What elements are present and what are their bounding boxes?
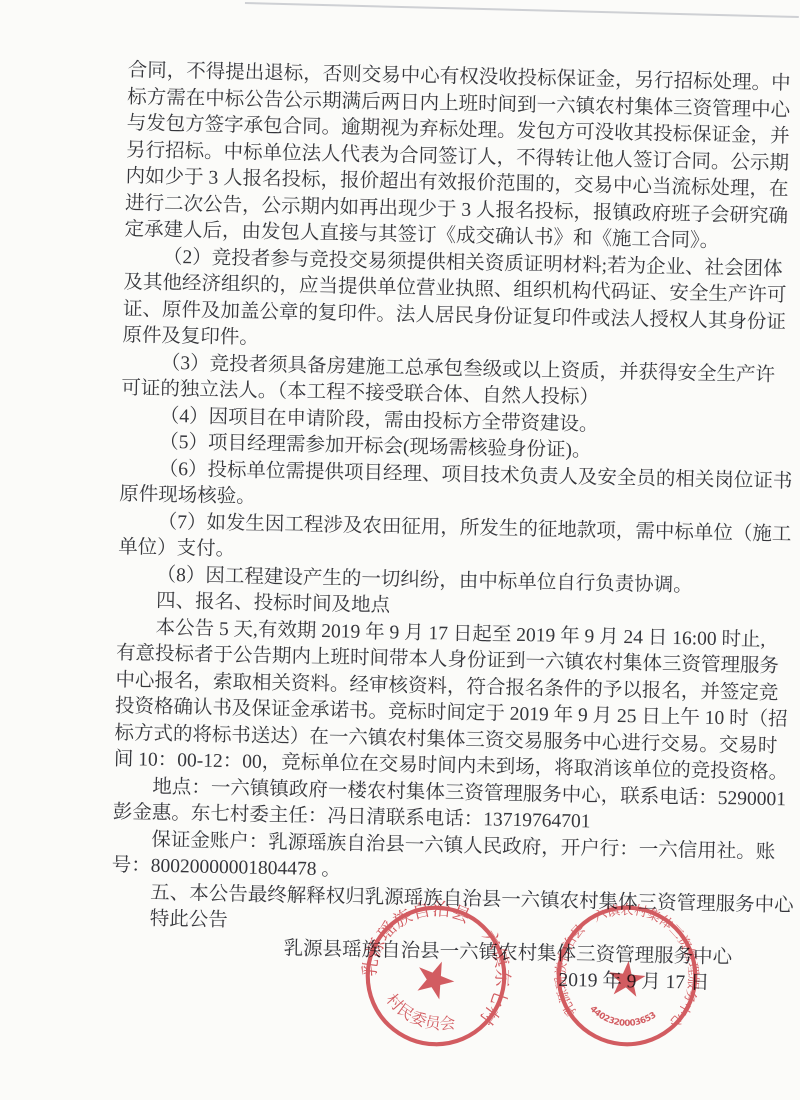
scanned-notice-page: 合同，不得提出退标，否则交易中心有权没收投标保证金，另行招标处理。中 标方需在中…: [0, 0, 800, 1100]
svg-text:4402320003653: 4402320003653: [586, 1004, 659, 1033]
seal-code: 4402320003653: [586, 1004, 659, 1033]
scan-edge-artifact: [245, 2, 799, 18]
star-icon: ★: [602, 949, 651, 1009]
star-icon: ★: [403, 944, 466, 1014]
service-center-seal: 乳源瑶族自治县一六镇农村集体三资管理服务中心 ★ 4402320003653: [545, 894, 710, 1059]
notice-body: 合同，不得提出退标，否则交易中心有权没收投标保证金，另行招标处理。中 标方需在中…: [109, 58, 749, 998]
